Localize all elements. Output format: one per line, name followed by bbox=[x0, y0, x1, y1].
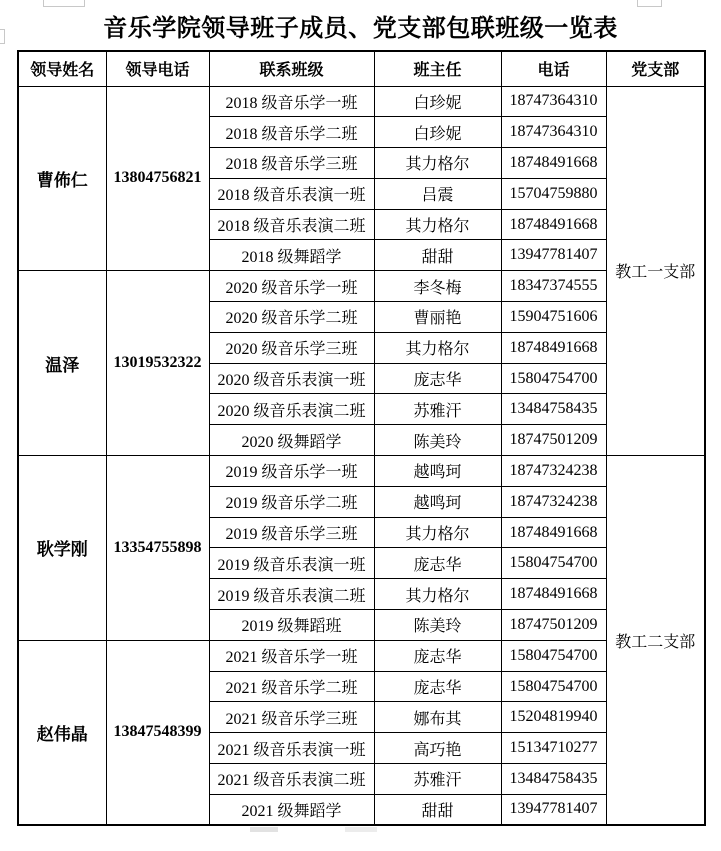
class-cell: 2019 级音乐学二班 bbox=[209, 486, 374, 517]
column-header-phone: 电话 bbox=[501, 51, 606, 86]
teacher-cell: 甜甜 bbox=[374, 794, 501, 825]
leader-name-cell: 耿学刚 bbox=[18, 456, 106, 641]
teacher-cell: 陈美玲 bbox=[374, 610, 501, 641]
class-cell: 2019 级音乐表演二班 bbox=[209, 579, 374, 610]
table-resize-handle-mark bbox=[345, 827, 377, 832]
phone-cell: 15704759880 bbox=[501, 178, 606, 209]
class-cell: 2018 级舞蹈学 bbox=[209, 240, 374, 271]
teacher-cell: 白珍妮 bbox=[374, 117, 501, 148]
teacher-cell: 吕震 bbox=[374, 178, 501, 209]
leader-name-cell: 曹佈仁 bbox=[18, 86, 106, 271]
teacher-cell: 庞志华 bbox=[374, 548, 501, 579]
teacher-cell: 其力格尔 bbox=[374, 579, 501, 610]
class-cell: 2021 级音乐学三班 bbox=[209, 702, 374, 733]
class-cell: 2019 级音乐表演一班 bbox=[209, 548, 374, 579]
teacher-cell: 甜甜 bbox=[374, 240, 501, 271]
phone-cell: 18748491668 bbox=[501, 579, 606, 610]
phone-cell: 13947781407 bbox=[501, 240, 606, 271]
teacher-cell: 其力格尔 bbox=[374, 148, 501, 179]
class-cell: 2019 级舞蹈班 bbox=[209, 610, 374, 641]
phone-cell: 18747364310 bbox=[501, 117, 606, 148]
leader-name-cell: 赵伟晶 bbox=[18, 640, 106, 825]
column-header-leader-phone: 领导电话 bbox=[106, 51, 209, 86]
phone-cell: 18747364310 bbox=[501, 86, 606, 117]
page-title: 音乐学院领导班子成员、党支部包联班级一览表 bbox=[0, 8, 721, 43]
leader-phone-cell: 13804756821 bbox=[106, 86, 209, 271]
teacher-cell: 其力格尔 bbox=[374, 209, 501, 240]
class-cell: 2020 级音乐学三班 bbox=[209, 332, 374, 363]
table-row: 温泽 13019532322 2020 级音乐学一班 李冬梅 183473745… bbox=[18, 271, 705, 302]
page-crop-mark-top-left bbox=[43, 0, 85, 7]
teacher-cell: 庞志华 bbox=[374, 363, 501, 394]
phone-cell: 18748491668 bbox=[501, 332, 606, 363]
class-cell: 2019 级音乐学三班 bbox=[209, 517, 374, 548]
class-cell: 2018 级音乐学一班 bbox=[209, 86, 374, 117]
teacher-cell: 陈美玲 bbox=[374, 425, 501, 456]
column-header-leader-name: 领导姓名 bbox=[18, 51, 106, 86]
class-cell: 2021 级音乐学一班 bbox=[209, 640, 374, 671]
phone-cell: 18747324238 bbox=[501, 456, 606, 487]
teacher-cell: 白珍妮 bbox=[374, 86, 501, 117]
class-cell: 2020 级音乐学二班 bbox=[209, 302, 374, 333]
leader-phone-cell: 13354755898 bbox=[106, 456, 209, 641]
class-cell: 2021 级舞蹈学 bbox=[209, 794, 374, 825]
phone-cell: 18747501209 bbox=[501, 610, 606, 641]
page-crop-mark-top-right bbox=[637, 0, 662, 7]
phone-cell: 18747501209 bbox=[501, 425, 606, 456]
teacher-cell: 苏雅汗 bbox=[374, 764, 501, 795]
teacher-cell: 其力格尔 bbox=[374, 517, 501, 548]
teacher-cell: 曹丽艳 bbox=[374, 302, 501, 333]
party-branch-cell: 教工一支部 bbox=[606, 86, 705, 456]
class-cell: 2018 级音乐学二班 bbox=[209, 117, 374, 148]
phone-cell: 15804754700 bbox=[501, 640, 606, 671]
phone-cell: 13484758435 bbox=[501, 394, 606, 425]
teacher-cell: 庞志华 bbox=[374, 640, 501, 671]
class-cell: 2018 级音乐表演二班 bbox=[209, 209, 374, 240]
class-cell: 2020 级音乐表演一班 bbox=[209, 363, 374, 394]
party-branch-cell: 教工二支部 bbox=[606, 456, 705, 826]
table-row: 曹佈仁 13804756821 2018 级音乐学一班 白珍妮 18747364… bbox=[18, 86, 705, 117]
table-row: 赵伟晶 13847548399 2021 级音乐学一班 庞志华 15804754… bbox=[18, 640, 705, 671]
phone-cell: 18747324238 bbox=[501, 486, 606, 517]
column-header-party-branch: 党支部 bbox=[606, 51, 705, 86]
phone-cell: 13484758435 bbox=[501, 764, 606, 795]
class-cell: 2019 级音乐学一班 bbox=[209, 456, 374, 487]
header-row: 领导姓名 领导电话 联系班级 班主任 电话 党支部 bbox=[18, 51, 705, 86]
class-cell: 2021 级音乐学二班 bbox=[209, 671, 374, 702]
teacher-cell: 庞志华 bbox=[374, 671, 501, 702]
leader-phone-cell: 13019532322 bbox=[106, 271, 209, 456]
phone-cell: 15204819940 bbox=[501, 702, 606, 733]
phone-cell: 15134710277 bbox=[501, 733, 606, 764]
table-row: 耿学刚 13354755898 2019 级音乐学一班 越鸣珂 18747324… bbox=[18, 456, 705, 487]
column-header-teacher: 班主任 bbox=[374, 51, 501, 86]
leader-name-cell: 温泽 bbox=[18, 271, 106, 456]
phone-cell: 15804754700 bbox=[501, 363, 606, 394]
phone-cell: 18748491668 bbox=[501, 148, 606, 179]
teacher-cell: 李冬梅 bbox=[374, 271, 501, 302]
phone-cell: 15804754700 bbox=[501, 548, 606, 579]
phone-cell: 13947781407 bbox=[501, 794, 606, 825]
class-cell: 2020 级音乐表演二班 bbox=[209, 394, 374, 425]
phone-cell: 18347374555 bbox=[501, 271, 606, 302]
phone-cell: 18748491668 bbox=[501, 209, 606, 240]
phone-cell: 18748491668 bbox=[501, 517, 606, 548]
leader-phone-cell: 13847548399 bbox=[106, 640, 209, 825]
teacher-cell: 娜布其 bbox=[374, 702, 501, 733]
roster-table: 领导姓名 领导电话 联系班级 班主任 电话 党支部 曹佈仁 1380475682… bbox=[17, 50, 706, 826]
class-cell: 2020 级舞蹈学 bbox=[209, 425, 374, 456]
teacher-cell: 其力格尔 bbox=[374, 332, 501, 363]
teacher-cell: 越鸣珂 bbox=[374, 456, 501, 487]
class-cell: 2018 级音乐学三班 bbox=[209, 148, 374, 179]
class-cell: 2021 级音乐表演一班 bbox=[209, 733, 374, 764]
phone-cell: 15904751606 bbox=[501, 302, 606, 333]
teacher-cell: 高巧艳 bbox=[374, 733, 501, 764]
class-cell: 2020 级音乐学一班 bbox=[209, 271, 374, 302]
teacher-cell: 苏雅汗 bbox=[374, 394, 501, 425]
table-resize-handle-mark bbox=[250, 827, 278, 832]
phone-cell: 15804754700 bbox=[501, 671, 606, 702]
teacher-cell: 越鸣珂 bbox=[374, 486, 501, 517]
class-cell: 2021 级音乐表演二班 bbox=[209, 764, 374, 795]
class-cell: 2018 级音乐表演一班 bbox=[209, 178, 374, 209]
column-header-class: 联系班级 bbox=[209, 51, 374, 86]
